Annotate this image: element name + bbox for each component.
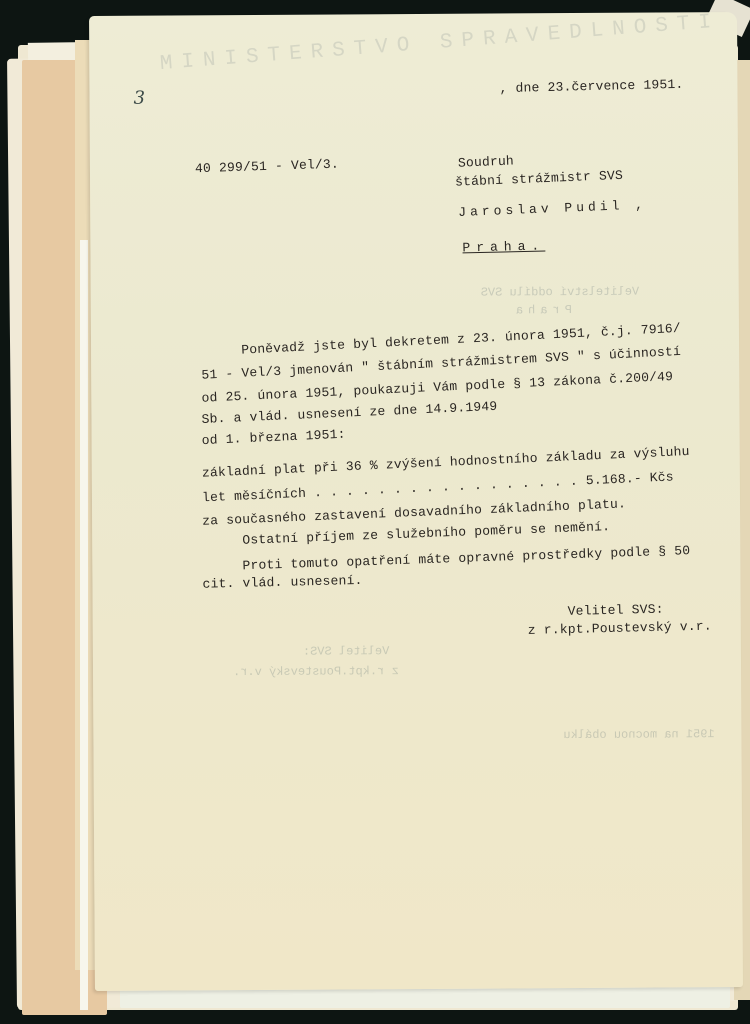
handwritten-margin-mark: 3 xyxy=(133,88,145,109)
signature-name: z r.kpt.Poustevský v.r. xyxy=(528,619,712,638)
signature-title: Velitel SVS: xyxy=(568,602,664,619)
addressee-salutation: Soudruh xyxy=(458,153,515,170)
body-line: cit. vlád. usnesení. xyxy=(202,573,362,592)
bleed-through-text: Velitel SVS: xyxy=(303,644,390,659)
reference-number: 40 299/51 - Vel/3. xyxy=(195,157,339,177)
addressee-rank: štábní strážmistr SVS xyxy=(455,168,624,190)
bleed-through-text: 1951 na mocnou obálku xyxy=(563,727,714,742)
date-line: , dne 23.července 1951. xyxy=(499,77,683,96)
addressee-name: Jaroslav Pudil , xyxy=(458,197,647,220)
bleed-through-text: Velitelství oddílu SVS xyxy=(481,285,640,300)
white-page-edge xyxy=(80,240,88,1010)
letter-page: MINISTERSTVO SPRAVEDLNOSTI 3 Velitelství… xyxy=(89,12,743,991)
body-line: od 1. března 1951: xyxy=(201,427,346,448)
addressee-city: Praha. xyxy=(462,238,545,255)
body-line: Proti tomuto opatření máte opravné prost… xyxy=(242,543,690,573)
bleed-through-text: z r.kpt.Poustevský v.r. xyxy=(233,664,399,679)
bleed-through-text: Praha xyxy=(511,303,572,317)
letterhead-watermark: MINISTERSTVO SPRAVEDLNOSTI xyxy=(159,11,719,76)
